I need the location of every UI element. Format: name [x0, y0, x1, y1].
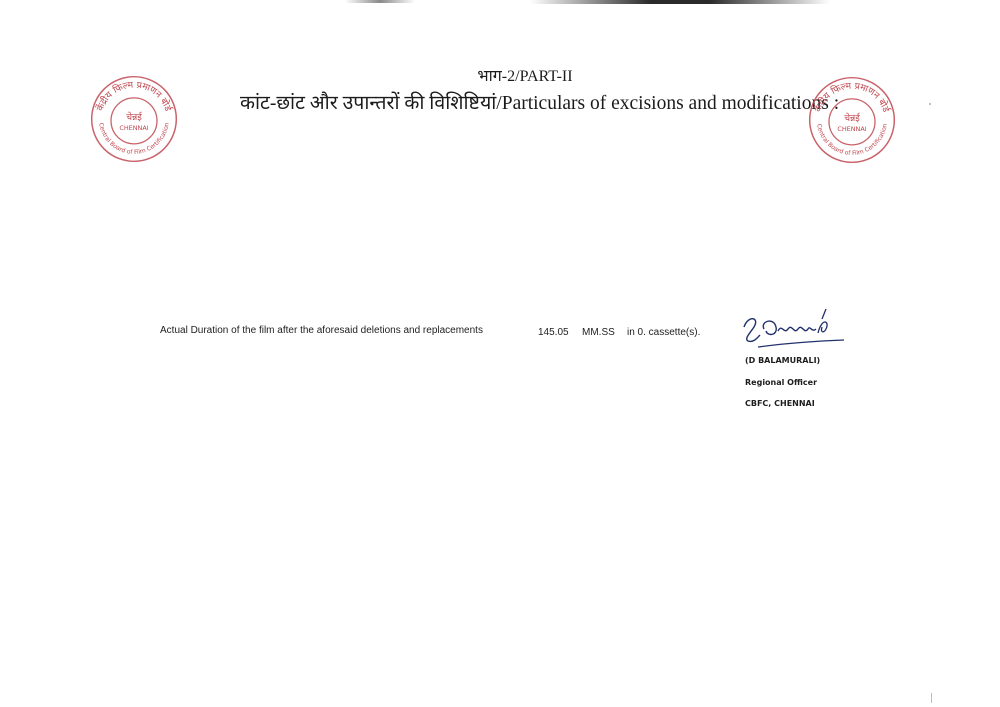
signatory-office: CBFC, CHENNAI [745, 399, 815, 408]
svg-text:CHENNAI: CHENNAI [837, 125, 866, 133]
stamp-seal-icon: केंद्रीय फिल्म प्रमाणन बोर्ड Central Boa… [806, 74, 898, 166]
duration-cassette-count: in 0. cassette(s). [627, 327, 700, 338]
signatory-designation: Regional Officer [745, 378, 817, 387]
svg-text:चेन्नई: चेन्नई [844, 112, 861, 124]
svg-text:CHENNAI: CHENNAI [119, 124, 148, 132]
scan-speck [929, 103, 931, 105]
cbfc-stamp-right: केंद्रीय फिल्म प्रमाणन बोर्ड Central Boa… [806, 74, 898, 166]
svg-text:चेन्नई: चेन्नई [126, 111, 143, 123]
stamp-seal-icon: केंद्रीय फिल्म प्रमाणन बोर्ड Central Boa… [88, 73, 180, 165]
part-title: कांट-छांट और उपान्तरों की विशिष्टियां/Pa… [240, 88, 820, 115]
scan-edge-shadow [530, 0, 830, 4]
cbfc-stamp-left: केंद्रीय फिल्म प्रमाणन बोर्ड Central Boa… [88, 73, 180, 165]
scan-speck [931, 693, 932, 703]
duration-unit: MM.SS [582, 327, 615, 338]
svg-text:केंद्रीय फिल्म प्रमाणन बोर्ड: केंद्रीय फिल्म प्रमाणन बोर्ड [812, 81, 893, 115]
duration-value: 145.05 [538, 327, 569, 338]
signature-scribble-icon [738, 307, 848, 352]
signature [738, 307, 848, 352]
duration-label: Actual Duration of the film after the af… [160, 325, 483, 336]
scan-edge-shadow [345, 0, 415, 3]
signatory-name: (D BALAMURALI) [745, 356, 820, 365]
